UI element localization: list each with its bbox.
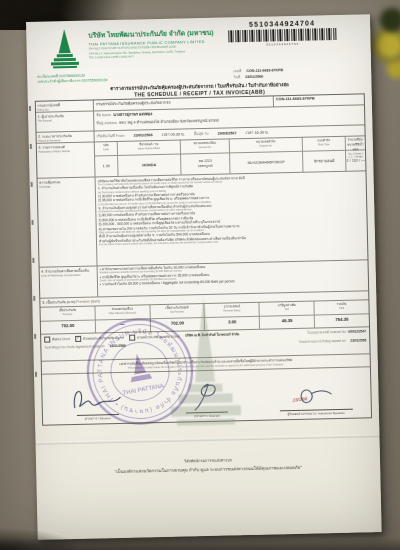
stamp-ring-text: บริษัท ไทยพัฒนาประกันภัย จำกัด (มหาชน) •… <box>75 306 190 424</box>
license-number: ว00012/2547 <box>347 329 366 333</box>
vehicle-label-en: Particulars of Motor Vehicle <box>38 150 92 154</box>
checkbox-direct-label-th: สั่งตรง <box>52 337 61 341</box>
total-value: 754.35 <box>315 314 369 328</box>
stamp-center-text: THAI PATTANA <box>122 384 164 397</box>
vehicle-seats: 2 / 110 / — <box>346 158 365 162</box>
vehicle-code: 1.30 <box>95 164 117 168</box>
pcol-vat-en: VAT <box>260 308 314 312</box>
insured-label-en: The Insured <box>38 119 92 123</box>
photo-shadow-bottom <box>0 538 400 550</box>
vehicle-license-province: เพชรบูรณ์ <box>181 163 229 169</box>
vat-value: 49.35 <box>260 316 315 330</box>
period-to-date: 29/03/2567 <box>218 131 237 135</box>
insured-name: นางสาวสุภาพร แสงทอง <box>113 112 152 117</box>
checkbox-direct-label-en: Direct <box>62 336 70 340</box>
period-to-time: เวลา 16.30 น. <box>246 130 269 137</box>
period-label-th: ระยะเวลาประกันภัย <box>42 134 72 139</box>
barcode-icon <box>228 28 336 42</box>
col-license-en: License No. <box>181 145 229 149</box>
company-round-stamp: บริษัท ไทยพัฒนาประกันภัย จำกัด (มหาชน) •… <box>75 306 205 436</box>
tax-id: เลขประจำตัวผู้เสียภาษีอากร 0107555000139 <box>37 79 107 86</box>
license-label: ใบอนุญาตเลขที่ License No. <box>307 330 346 335</box>
svg-text:บริษัท ไทยพัฒนาประกันภัย จำกัด: บริษัท ไทยพัฒนาประกันภัย จำกัด (มหาชน) •… <box>75 306 190 424</box>
insured-address: 99/1 หมู่ 4 ตำบลหนองไผ่ อำเภอเมือง จังหว… <box>119 119 219 125</box>
issued-date: 23/01/2566 <box>350 338 366 342</box>
coverage-row: ความคุ้มครอง Coverage บริษัทจะชดใช้ค่าสิ… <box>38 171 368 267</box>
ref-date: 23/01/2566 <box>245 74 263 78</box>
compensation-label-en: Limit of Preliminary Compensation <box>41 273 95 277</box>
col-chassis-en: Chassis No. <box>230 144 302 149</box>
premium-label-en: Premium (Baht) <box>76 299 100 304</box>
vehicle-chassis: MLHJC84A4M5P19KGP <box>230 160 302 166</box>
ref-number-label: เลขที่ <box>233 69 241 73</box>
checkbox-direct <box>44 336 50 342</box>
period-from-time: เวลา 09.39 น. <box>162 131 185 138</box>
document-content: บริษัท ไทยพัฒนาประกันภัย จำกัด (มหาชน) T… <box>26 14 382 540</box>
address-label-en: Address <box>104 121 117 125</box>
pcol-total-en: Total <box>315 306 369 310</box>
insurance-document-paper: บริษัท ไทยพัฒนาประกันภัย จำกัด (มหาชน) T… <box>26 14 382 540</box>
compensation-label-th: จำนวนเงินค่าเสียหายเบื้องต้น <box>45 269 89 274</box>
ref-date-row: วันที่ 23/01/2566 <box>233 74 283 81</box>
col-body-en: Body Type <box>303 143 345 147</box>
authorized-caption: ผู้รับมอบอำนาจลงนาม / Authorized Signatu… <box>280 409 353 418</box>
col-model-en: Name Vehicle Model <box>118 147 180 151</box>
ref-date-label: วันที่ <box>233 75 240 79</box>
address-label: ที่อยู่ <box>96 121 103 125</box>
vehicle-label-th: รายการรถยนต์ <box>42 145 65 150</box>
pcol-premium-en: Premium <box>41 313 95 317</box>
insured-label-th: ผู้เอาประกันภัย <box>42 114 64 119</box>
period-from-date: 23/01/2566 <box>134 133 153 137</box>
background-object <box>368 6 400 84</box>
issued-date-label: วันออกกรมธรรม์ Policy issued on <box>298 338 345 344</box>
barcode-block: 5510344924704 5510344924704 <box>222 20 343 48</box>
col-code-en: Code <box>95 148 117 151</box>
name-label: ชื่อ <box>96 113 101 117</box>
vehicle-brand: HONDA <box>118 163 180 168</box>
coverage-label-en: Coverage <box>39 185 93 189</box>
name-label-en: Name <box>102 113 111 117</box>
company-logo-icon <box>48 28 81 71</box>
period-to-label: สิ้นสุด To <box>194 131 209 137</box>
premium-label-th: เบี้ยประกันภัย (บาท) <box>46 299 75 304</box>
vehicle-body-type: จักรยานยนต์ <box>303 158 345 165</box>
premium-no: 5. <box>42 300 45 304</box>
period-from-label: เริ่มต้นวันที่ From <box>97 133 125 140</box>
policy-number-value: CON-111-6683-87KPB <box>273 94 364 106</box>
ref-number: CON-111-6683-87KPB <box>246 68 283 73</box>
